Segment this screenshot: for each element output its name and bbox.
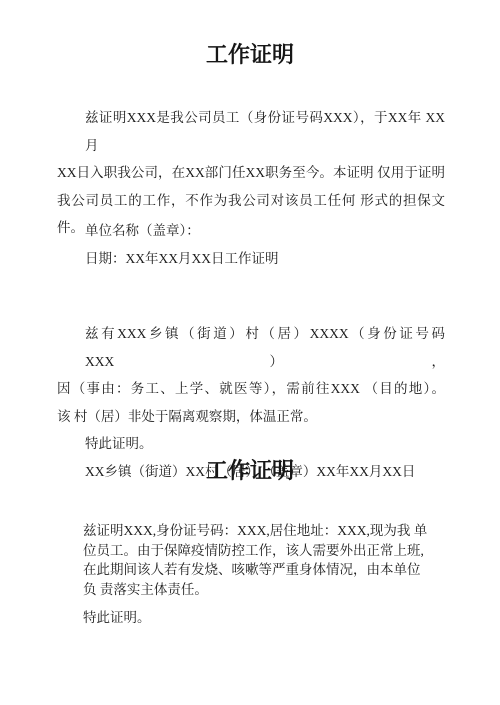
certify-statement-block: 特此证明。 [83, 608, 443, 628]
paragraph-line: 我公司员工的工作，不作为我公司对该员工任何 形式的担保文 [57, 187, 445, 215]
epidemic-work-certificate-paragraph: 兹证明XXX,身份证号码：XXX,居住地址：XXX,现为我 单 位员工。由于保障… [83, 521, 443, 599]
certificate-title-1: 工作证明 [0, 42, 500, 68]
paragraph-line: 该 村（居）非处于隔离观察期，体温正常。 [57, 403, 445, 431]
date-line: 日期：XX年XX月XX日工作证明 [85, 245, 473, 273]
certify-statement: 特此证明。 [83, 608, 443, 628]
paragraph-line: 负 责落实主体责任。 [83, 580, 443, 600]
paragraph-line: 兹证明XXX是我公司员工（身份证号码XXX），于XX年 XX月 [57, 104, 445, 159]
unit-and-date-block: 单位名称（盖章）： 日期：XX年XX月XX日工作证明 [85, 217, 473, 272]
certificate-page: 工作证明 兹证明XXX是我公司员工（身份证号码XXX），于XX年 XX月 XX日… [0, 0, 500, 705]
certificate-title-2: 工作证明 [0, 458, 500, 484]
unit-name-line: 单位名称（盖章）： [85, 217, 473, 245]
certify-statement: 特此证明。 [57, 430, 445, 458]
paragraph-line: XX日入职我公司，在XX部门任XX职务至今。本证明 仅用于证明 [57, 159, 445, 187]
paragraph-line: 兹有XXX乡镇（街道）村（居）XXXX（身份证号码XXX）， [57, 320, 445, 375]
paragraph-line: 因（事由：务工、上学、就医等），需前往XXX （目的地）。 [57, 375, 445, 403]
paragraph-line: 兹证明XXX,身份证号码：XXX,居住地址：XXX,现为我 单 [83, 521, 443, 541]
paragraph-line: 位员工。由于保障疫情防控工作，该人需要外出正常上班, [83, 541, 443, 561]
paragraph-line: 在此期间该人若有发烧、咳嗽等严重身体情况，由本单位 [83, 560, 443, 580]
